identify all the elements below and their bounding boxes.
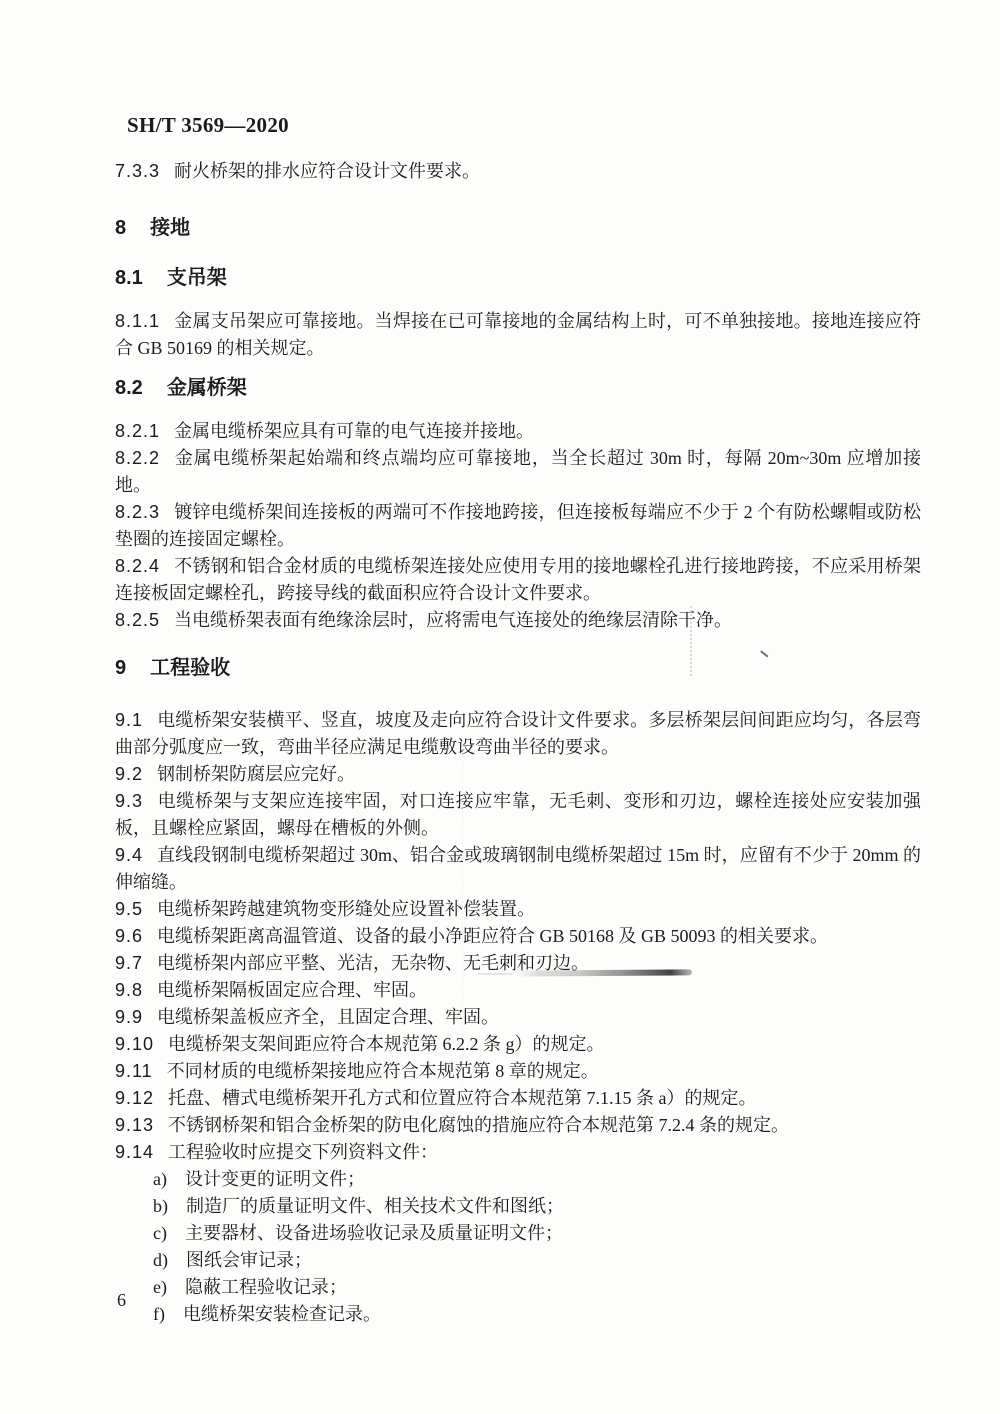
clause-number: 9.1 [115,710,143,730]
clause-number: 8.2.4 [115,556,160,576]
clause-text: 钢制桥架防腐层应完好。 [157,764,355,784]
subsection-title: 支吊架 [167,267,227,289]
list-marker: b) [153,1196,168,1216]
clause-number: 9.2 [115,764,143,784]
list-item-text: 图纸会审记录； [186,1250,312,1270]
clause-9-1: 9.1电缆桥架安装横平、竖直，坡度及走向应符合设计文件要求。多层桥架层间间距应均… [115,707,921,761]
clause-9-13: 9.13不锈钢桥架和铝合金桥架的防电化腐蚀的措施应符合本规范第 7.2.4 条的… [115,1112,921,1139]
clause-number: 8.2.3 [115,502,160,522]
section-number: 8 [115,215,126,242]
list-item-text: 隐蔽工程验收记录； [185,1277,347,1297]
list-item-b: b)制造厂的质量证明文件、相关技术文件和图纸； [115,1193,921,1220]
clause-number: 8.2.1 [115,421,160,441]
clause-number: 8.1.1 [115,311,160,331]
clause-number: 9.6 [115,926,143,946]
section-heading-9: 9工程验收 [115,655,921,682]
list-item-text: 设计变更的证明文件； [185,1169,365,1189]
clause-number: 9.11 [115,1061,153,1081]
section-number: 9 [115,655,126,682]
clause-9-4: 9.4直线段钢制电缆桥架超过 30m、铝合金或玻璃钢制电缆桥架超过 15m 时，… [115,842,921,896]
clause-9-2: 9.2钢制桥架防腐层应完好。 [115,761,921,788]
clause-text: 电缆桥架隔板固定应合理、牢固。 [157,980,427,1000]
clause-number: 9.9 [115,1007,143,1027]
clause-text: 电缆桥架与支架应连接牢固，对口连接应牢靠，无毛刺、变形和刃边，螺栓连接处应安装加… [115,791,921,838]
clause-text: 镀锌电缆桥架间连接板的两端可不作接地跨接，但连接板每端应不少于 2 个有防松螺帽… [115,502,921,549]
list-marker: e) [153,1277,167,1297]
clause-text: 电缆桥架盖板应齐全，且固定合理、牢固。 [157,1007,499,1027]
scan-fold-mark [690,606,692,676]
clause-number: 9.10 [115,1034,154,1054]
list-item-text: 主要器材、设备进场验收记录及质量证明文件； [185,1223,563,1243]
clause-8-2-5: 8.2.5当电缆桥架表面有绝缘涂层时，应将需电气连接处的绝缘层清除干净。 [115,607,921,634]
clause-text: 电缆桥架安装横平、竖直，坡度及走向应符合设计文件要求。多层桥架层间间距应均匀，各… [115,710,921,757]
clause-7-3-3: 7.3.3耐火桥架的排水应符合设计文件要求。 [115,158,921,185]
section-title: 接地 [150,217,190,239]
clause-number: 9.7 [115,953,143,973]
clause-text: 电缆桥架跨越建筑物变形缝处应设置补偿装置。 [157,899,535,919]
list-item-e: e)隐蔽工程验收记录； [115,1274,921,1301]
clause-text: 不锈钢和铝合金材质的电缆桥架连接处应使用专用的接地螺栓孔进行接地跨接，不应采用桥… [115,556,921,603]
clause-9-8: 9.8电缆桥架隔板固定应合理、牢固。 [115,977,921,1004]
subsection-heading-8-1: 8.1支吊架 [115,265,921,292]
clause-text: 直线段钢制电缆桥架超过 30m、铝合金或玻璃钢制电缆桥架超过 15m 时，应留有… [115,845,921,892]
clause-number: 9.4 [115,845,143,865]
scan-smudge-artifact [515,969,692,976]
subsection-heading-8-2: 8.2金属桥架 [115,375,921,402]
clause-8-1-1: 8.1.1金属支吊架应可靠接地。当焊接在已可靠接地的金属结构上时，可不单独接地。… [115,308,921,362]
list-item-f: f)电缆桥架安装检查记录。 [115,1301,921,1328]
list-marker: f) [153,1304,165,1324]
clause-text: 金属电缆桥架起始端和终点端均应可靠接地，当全长超过 30m 时，每隔 20m~3… [115,448,921,495]
clause-number: 8.2.5 [115,610,160,630]
clause-9-6: 9.6电缆桥架距离高温管道、设备的最小净距应符合 GB 50168 及 GB 5… [115,923,921,950]
clause-9-3: 9.3电缆桥架与支架应连接牢固，对口连接应牢靠，无毛刺、变形和刃边，螺栓连接处应… [115,788,921,842]
scan-smudge-tail [478,973,512,975]
clause-8-2-1: 8.2.1金属电缆桥架应具有可靠的电气连接并接地。 [115,418,921,445]
list-marker: c) [153,1223,167,1243]
standard-number-header: SH/T 3569—2020 [127,112,921,139]
clause-text: 工程验收时应提交下列资料文件： [168,1142,438,1162]
clause-number: 7.3.3 [115,161,160,181]
clause-9-10: 9.10电缆桥架支架间距应符合本规范第 6.2.2 条 g）的规定。 [115,1031,921,1058]
list-item-d: d)图纸会审记录； [115,1247,921,1274]
clause-text: 当电缆桥架表面有绝缘涂层时，应将需电气连接处的绝缘层清除干净。 [174,610,732,630]
list-item-text: 电缆桥架安装检查记录。 [183,1304,381,1324]
clause-number: 9.3 [115,791,143,811]
list-marker: a) [153,1169,167,1189]
clause-text: 金属支吊架应可靠接地。当焊接在已可靠接地的金属结构上时，可不单独接地。接地连接应… [115,311,921,358]
clause-8-2-2: 8.2.2金属电缆桥架起始端和终点端均应可靠接地，当全长超过 30m 时，每隔 … [115,445,921,499]
clause-9-11: 9.11不同材质的电缆桥架接地应符合本规范第 8 章的规定。 [115,1058,921,1085]
subsection-number: 8.1 [115,265,143,292]
clause-number: 8.2.2 [115,448,160,468]
clause-text: 金属电缆桥架应具有可靠的电气连接并接地。 [174,421,534,441]
page-number: 6 [117,1290,126,1311]
subsection-number: 8.2 [115,375,143,402]
clause-8-2-3: 8.2.3镀锌电缆桥架间连接板的两端可不作接地跨接，但连接板每端应不少于 2 个… [115,499,921,553]
list-item-c: c)主要器材、设备进场验收记录及质量证明文件； [115,1220,921,1247]
clause-9-12: 9.12托盘、槽式电缆桥架开孔方式和位置应符合本规范第 7.1.15 条 a）的… [115,1085,921,1112]
clause-9-14: 9.14工程验收时应提交下列资料文件： [115,1139,921,1166]
clause-number: 9.5 [115,899,143,919]
clause-text: 电缆桥架支架间距应符合本规范第 6.2.2 条 g）的规定。 [168,1034,605,1054]
clause-text: 电缆桥架距离高温管道、设备的最小净距应符合 GB 50168 及 GB 5009… [157,926,828,946]
page-content: SH/T 3569—2020 7.3.3耐火桥架的排水应符合设计文件要求。 8接… [115,112,921,1328]
list-marker: d) [153,1250,168,1270]
scan-fold-mark-faint [462,745,463,1095]
subsection-title: 金属桥架 [167,377,247,399]
list-item-a: a)设计变更的证明文件； [115,1166,921,1193]
clause-text: 不同材质的电缆桥架接地应符合本规范第 8 章的规定。 [167,1061,599,1081]
clause-number: 9.8 [115,980,143,1000]
section-heading-8: 8接地 [115,215,921,242]
clause-number: 9.13 [115,1115,154,1135]
list-item-text: 制造厂的质量证明文件、相关技术文件和图纸； [186,1196,564,1216]
clause-number: 9.12 [115,1088,154,1108]
scanned-standard-page: SH/T 3569—2020 7.3.3耐火桥架的排水应符合设计文件要求。 8接… [0,0,1000,1414]
clause-text: 不锈钢桥架和铝合金桥架的防电化腐蚀的措施应符合本规范第 7.2.4 条的规定。 [168,1115,789,1135]
clause-9-5: 9.5电缆桥架跨越建筑物变形缝处应设置补偿装置。 [115,896,921,923]
clause-text: 耐火桥架的排水应符合设计文件要求。 [174,161,480,181]
clause-9-9: 9.9电缆桥架盖板应齐全，且固定合理、牢固。 [115,1004,921,1031]
clause-number: 9.14 [115,1142,154,1162]
section-title: 工程验收 [150,657,230,679]
clause-8-2-4: 8.2.4不锈钢和铝合金材质的电缆桥架连接处应使用专用的接地螺栓孔进行接地跨接，… [115,553,921,607]
